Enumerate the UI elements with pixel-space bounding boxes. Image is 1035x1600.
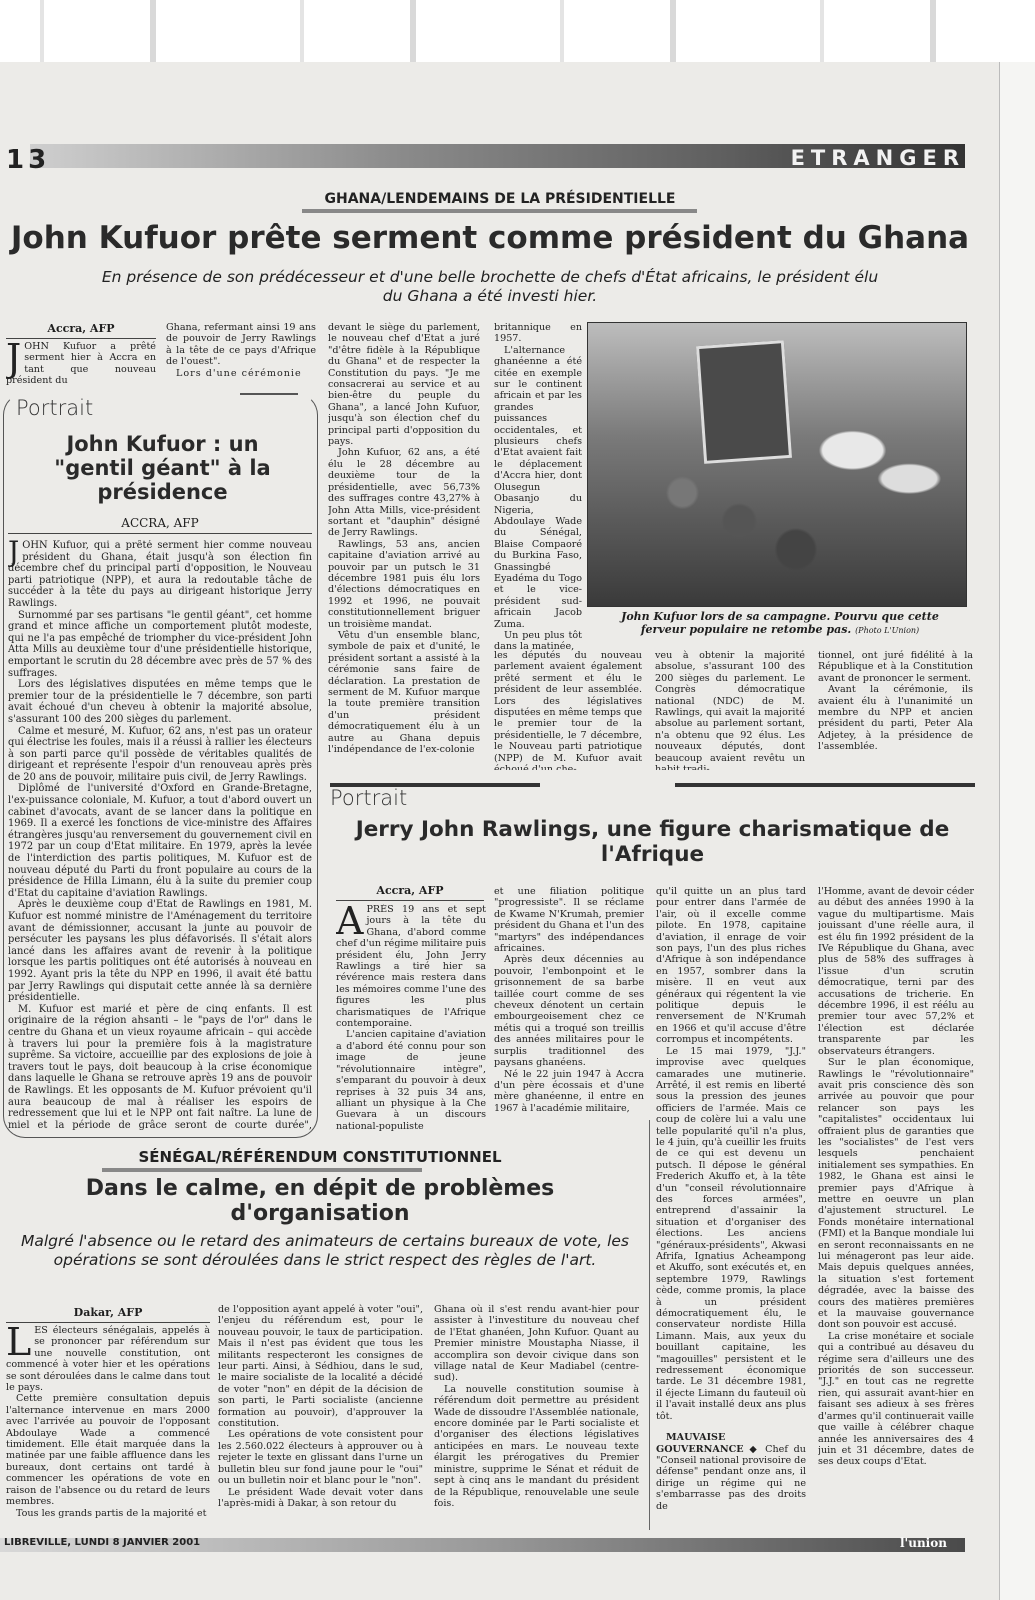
paragraph: l'Homme, avant de devoir céder au début … [818,886,974,1057]
paragraph: britannique en 1957. [494,322,582,345]
headline-portrait-rawlings: Jerry John Rawlings, une figure charisma… [330,817,975,867]
column-rawlings-3: qu'il quitte un an plus tard pour entrer… [656,886,806,1531]
paragraph: Le président Wade devait voter dans l'ap… [218,1487,423,1510]
deck-senegal: Malgré l'absence ou le retard des animat… [0,1232,650,1270]
drop-cap: A [336,905,363,937]
column-rawlings-2: et une filiation politique "progressiste… [494,886,644,1146]
paragraph: Ghana, refermant ainsi 19 ans de pouvoir… [166,322,316,368]
scan-margin-top [0,0,1035,62]
paragraph: Vêtu d'un ensemble blanc, symbole de pai… [328,630,480,755]
dateline-ghana: Accra, AFP [6,322,156,339]
paragraph: Tous les grands partis de la majorité et [6,1508,210,1519]
column-ghana-3: devant le siège du parlement, le nouveau… [328,322,480,762]
paragraph: Le 15 mai 1979, "J.J." improvise avec qu… [656,1046,806,1422]
paragraph: M. Kufuor est marié et père de cinq enfa… [8,1004,312,1130]
paragraph: Cette première consultation depuis l'alt… [6,1393,210,1507]
paragraph: JOHN Kufuor, qui a prêté serment hier co… [8,540,312,610]
paragraph: Rawlings, 53 ans, ancien capitaine d'avi… [328,539,480,630]
box-top-line [240,393,298,395]
paragraph: Surnommé par ses partisans "le gentil gé… [8,610,312,680]
paragraph: qu'il quitte un an plus tard pour entrer… [656,886,806,1046]
footer-dateline: LIBREVILLE, LUNDI 8 JANVIER 2001 [4,1537,200,1548]
column-rawlings-4: l'Homme, avant de devoir céder au début … [818,886,974,1531]
kicker-ghana: GHANA/LENDEMAINS DE LA PRÉSIDENTIELLE [300,191,700,207]
paragraph: Après le deuxième coup d'Etat de Rawling… [8,899,312,1003]
column-ghana-7: tionnel, ont juré fidélité à la Républiq… [818,650,973,770]
drop-cap: J [8,541,19,563]
paragraph: Lors d'une cérémonie [166,368,316,379]
photo-credit: (Photo L'Union) [855,626,919,635]
column-portrait-kufuor: JOHN Kufuor, qui a prêté serment hier co… [8,540,312,1130]
headline-portrait-kufuor: John Kufuor : un "gentil géant" à la pré… [50,432,275,504]
paragraph: de l'opposition ayant appelé à voter "ou… [218,1304,423,1429]
page-number: 13 [6,145,50,175]
headline-senegal: Dans le calme, en dépit de problèmes d'o… [60,1176,580,1226]
paragraph: La crise monétaire et sociale qui a cont… [818,1331,974,1468]
column-senegal-3: Ghana où il s'est rendu avant-hier pour … [434,1304,639,1529]
column-ghana-1: J OHN Kufuor a prêté serment hier à Accr… [6,341,156,386]
column-ghana-4: britannique en 1957. L'alternance ghanée… [494,322,582,652]
paragraph: Né le 22 juin 1947 à Accra d'un père éco… [494,1069,644,1115]
diamond-icon: ◆ [749,1444,759,1455]
paragraph: Après deux décennies au pouvoir, l'embon… [494,954,644,1068]
column-senegal-2: de l'opposition ayant appelé à voter "ou… [218,1304,423,1529]
paragraph: les députés du nouveau parlement avaient… [494,650,642,770]
subhead: MAUVAISE GOUVERNANCE [656,1432,744,1454]
paragraph: Les opérations de vote consistent pour l… [218,1429,423,1486]
kicker-rule [302,209,697,213]
paragraph: L'ancien capitaine d'aviation a d'abord … [336,1029,486,1132]
paragraph: John Kufuor, 62 ans, a été élu le 28 déc… [328,447,480,538]
paragraph: Lors des législatives disputées en même … [8,679,312,725]
dateline-senegal: Dakar, AFP [6,1306,210,1323]
drop-cap: J [6,342,21,374]
photo-caption: John Kufuor lors de sa campagne. Pourvu … [600,610,960,636]
paragraph: tionnel, ont juré fidélité à la Républiq… [818,650,973,684]
paragraph: MAUVAISE GOUVERNANCE ◆ Chef du "Conseil … [656,1432,806,1512]
column-ghana-2: Ghana, refermant ainsi 19 ans de pouvoir… [166,322,316,387]
paragraph: et une filiation politique "progressiste… [494,886,644,954]
paragraph: Ghana où il s'est rendu avant-hier pour … [434,1304,639,1384]
paragraph: Sur le plan économique, Rawlings le "rév… [818,1057,974,1331]
paragraph: La nouvelle constitution soumise à référ… [434,1384,639,1509]
paragraph: OHN Kufuor a prêté serment hier à Accra … [6,341,156,386]
paragraph: Diplômé de l'université d'Oxford en Gran… [8,783,312,899]
column-senegal-1: LES électeurs sénégalais, appelés à se p… [6,1325,210,1530]
separator-rule [675,783,975,787]
paragraph: APRÈS 19 ans et sept jours à la tête du … [336,904,486,1029]
kicker-senegal: SÉNÉGAL/RÉFÉRENDUM CONSTITUTIONNEL [100,1148,540,1166]
portrait-label: Portrait [330,786,407,810]
headline-ghana: John Kufuor prête serment comme présiden… [0,222,980,255]
kicker-rule [102,1168,422,1172]
paragraph: Avant la cérémonie, ils avaient élu à l'… [818,684,973,752]
paragraph-text: ES électeurs sénégalais, appelés à se pr… [6,1325,210,1393]
column-divider [649,1120,650,1530]
portrait-label: Portrait [16,396,93,420]
dateline-rawlings: Accra, AFP [336,884,484,901]
dateline-portrait-kufuor: ACCRA, AFP [8,516,312,534]
paragraph-text: OHN Kufuor, qui a prêté serment hier com… [8,540,312,609]
photo-kufuor-campaign [587,322,967,607]
drop-cap: L [6,1326,31,1358]
newspaper-logo: l'union [900,1536,947,1550]
column-ghana-5: les députés du nouveau parlement avaient… [494,650,642,770]
paragraph: Un peu plus tôt dans la matinée, [494,630,582,652]
column-ghana-6: veu à obtenir la majorité absolue, s'ass… [655,650,805,770]
deck-ghana: En présence de son prédécesseur et d'une… [100,268,880,306]
column-rawlings-1: APRÈS 19 ans et sept jours à la tête du … [336,904,486,1149]
paragraph: LES électeurs sénégalais, appelés à se p… [6,1325,210,1393]
section-name: ETRANGER [791,146,965,170]
paragraph: L'alternance ghanéenne a été citée en ex… [494,345,582,630]
paragraph: Calme et mesuré, M. Kufuor, 62 ans, n'es… [8,726,312,784]
paragraph: devant le siège du parlement, le nouveau… [328,322,480,447]
photo-banner-portrait [696,340,792,464]
paragraph: veu à obtenir la majorité absolue, s'ass… [655,650,805,770]
